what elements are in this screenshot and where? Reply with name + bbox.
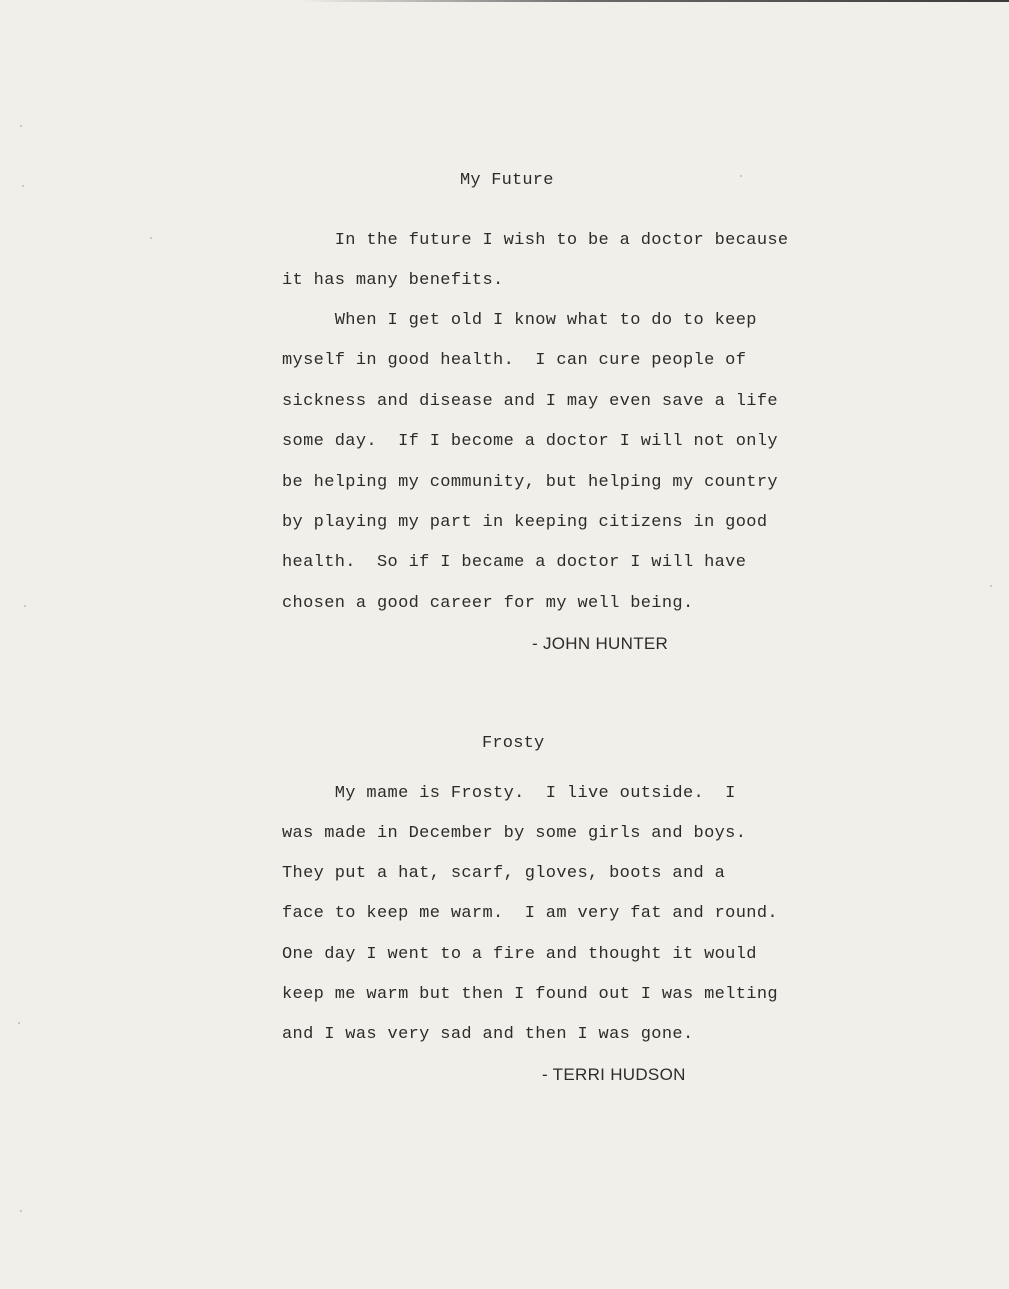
essay-line: One day I went to a fire and thought it … <box>282 945 757 965</box>
essay-line: and I was very sad and then I was gone. <box>282 1025 694 1045</box>
paper-speck <box>24 605 26 607</box>
paper-speck <box>20 125 22 127</box>
essay-title: My Future <box>460 171 554 191</box>
paper-speck <box>22 185 24 187</box>
essay-author: - JOHN HUNTER <box>532 634 668 654</box>
essay-line: They put a hat, scarf, gloves, boots and… <box>282 864 725 884</box>
essay-line: some day. If I become a doctor I will no… <box>282 432 778 452</box>
essay-line: myself in good health. I can cure people… <box>282 351 746 371</box>
essay-line: by playing my part in keeping citizens i… <box>282 513 767 533</box>
essay-line: chosen a good career for my well being. <box>282 594 694 614</box>
paper-speck <box>150 237 152 239</box>
essay-line: sickness and disease and I may even save… <box>282 392 778 412</box>
essay-line: was made in December by some girls and b… <box>282 824 746 844</box>
paper-speck <box>18 1022 20 1024</box>
essay-line: My mame is Frosty. I live outside. I <box>282 784 736 804</box>
paper-speck <box>740 175 742 177</box>
paper-top-edge <box>300 0 1009 2</box>
essay-author: - TERRI HUDSON <box>542 1065 686 1085</box>
essay-title: Frosty <box>482 734 544 754</box>
essay-line: health. So if I became a doctor I will h… <box>282 553 746 573</box>
essay-line: it has many benefits. <box>282 271 504 291</box>
paper-speck <box>990 585 992 587</box>
essay-line: keep me warm but then I found out I was … <box>282 985 778 1005</box>
essay-line: be helping my community, but helping my … <box>282 473 778 493</box>
paper-speck <box>20 1210 22 1212</box>
essay-line: face to keep me warm. I am very fat and … <box>282 904 778 924</box>
essay-line: In the future I wish to be a doctor beca… <box>282 231 788 251</box>
essay-line: When I get old I know what to do to keep <box>282 311 757 331</box>
